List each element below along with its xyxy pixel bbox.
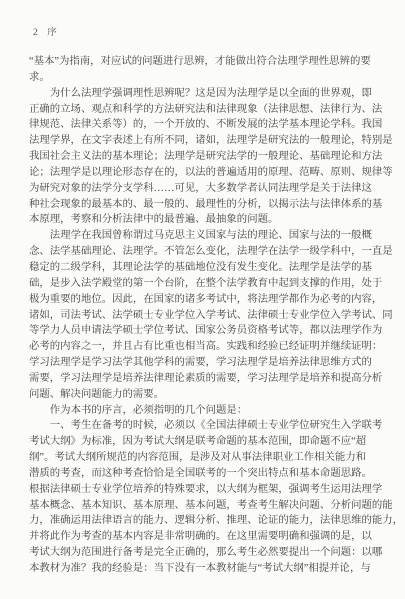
text-line: 等学力人员申请法学硕士学位考试、国家公务员资格考试等，都以法理学作为	[29, 323, 391, 339]
page-number: 2	[33, 28, 38, 38]
text-line: 一、考生在备考的时候，必须以《全国法律硕士专业学位研究生入学联考	[29, 418, 391, 434]
text-line: 学习法理学是学习法学其他学科的需要，学习法理学是培养法律思维方式的	[29, 355, 391, 371]
text-line: 并将此作为考查的基本内容是非常明确的。在这里需要明确和强调的是，以	[29, 529, 391, 545]
book-page: 2序 “基本”为指南，对应试的问题进行思辨，才能做出符合法理学理性思辨的要求。为…	[0, 0, 405, 599]
text-line: 基本概念、基本知识、基本原理、基本问题，考查考生解决问题、分析问题的能	[29, 498, 391, 514]
section-title: 序	[47, 28, 57, 38]
text-line: 种社会现象的最基本的、最一般的、最理性的分析，以揭示法与法律体系的基	[29, 197, 391, 213]
text-line: 本原理，考察和分析法律中的最普遍、最抽象的问题。	[29, 212, 391, 228]
text-line: 法理学界，在文字表述上有所不同，诸如，法理学是研究法的一般理论，特别是	[29, 133, 391, 149]
text-line: “基本”为指南，对应试的问题进行思辨，才能做出符合法理学理性思辨的要	[29, 54, 391, 70]
text-line: 极为重要的地位。因此，在国家的诸多考试中，将法理学都作为必考的内容，	[29, 292, 391, 308]
text-line: 念、法学基础理论、法理学。不管怎么变化，法理学在法学一级学科中，一直是	[29, 244, 391, 260]
text-line: 潜质的考查，而这种考查恰恰是全国联考的一个突出特点和基本命题思路。	[29, 466, 391, 482]
text-line: 为什么法理学强调理性思辨呢？这是因为法理学是以全面的世界观，即	[29, 86, 391, 102]
text-line: 必考的内容之一，并且占有比重也相当高。实践和经验已经证明并继续证明：	[29, 339, 391, 355]
text-line: 根据法律硕士专业学位培养的特殊要求，以大纲为框架，强调考生运用法理学	[29, 482, 391, 498]
text-line: 求。	[29, 70, 391, 86]
text-line: 我国社会主义法的基本理论；法理学是研究法学的一般理论、基础理论和方法	[29, 149, 391, 165]
text-line: 律规范、法律关系等）的，一个开放的、不断发展的法学基本理论学科。我国	[29, 117, 391, 133]
text-line: 法理学在我国曾称谓过马克思主义国家与法的理论、国家与法的一般概	[29, 228, 391, 244]
text-line: 需要，学习法理学是培养法律理论素质的需要，学习法理学是培养和提高分析	[29, 371, 391, 387]
text-line: 正确的立场、观点和科学的方法研究法和法律现象（法律思想、法律行为、法	[29, 102, 391, 118]
text-line: 诸如，司法考试、法学硕士专业学位入学考试、法律硕士专业学位入学考试、同	[29, 308, 391, 324]
text-line: 稳定的二级学科，其理论法学的基础地位没有发生变化。法理学是法学的基	[29, 260, 391, 276]
text-line: 问题、解决问题能力的需要。	[29, 387, 391, 403]
text-line: 考试大纲为范围进行备考是完全正确的，那么考生必然要提出一个问题：以哪	[29, 545, 391, 561]
text-line: 作为本书的序言，必须指明的几个问题是：	[29, 403, 391, 419]
page-body: “基本”为指南，对应试的问题进行思辨，才能做出符合法理学理性思辨的要求。为什么法…	[29, 54, 391, 577]
text-line: 为研究对象的法学分支学科……可见，大多数学者认同法理学是关于法律这	[29, 181, 391, 197]
text-line: 考试大纲》为标准，因为考试大纲是联考命题的基本范围，即命题不应“超	[29, 434, 391, 450]
text-line: 础，是步入法学殿堂的第一个台阶，在整个法学教育中起到支撑的作用，处于	[29, 276, 391, 292]
text-line: 本教材为准？我的经验是：当下没有一本教材能与“考试大纲”相提并论，与	[29, 561, 391, 577]
page-header: 2序	[33, 24, 57, 38]
text-line: 纲”。考试大纲所规范的内容范围，是涉及对从事法律职业工作相关能力和	[29, 450, 391, 466]
text-line: 论；法理学是以理论形态存在的，以法的普遍适用的原理、范畴、原则、规律等	[29, 165, 391, 181]
text-line: 力，准确运用法律语言的能力、逻辑分析、推理、论证的能力，法律思维的能力，	[29, 513, 391, 529]
